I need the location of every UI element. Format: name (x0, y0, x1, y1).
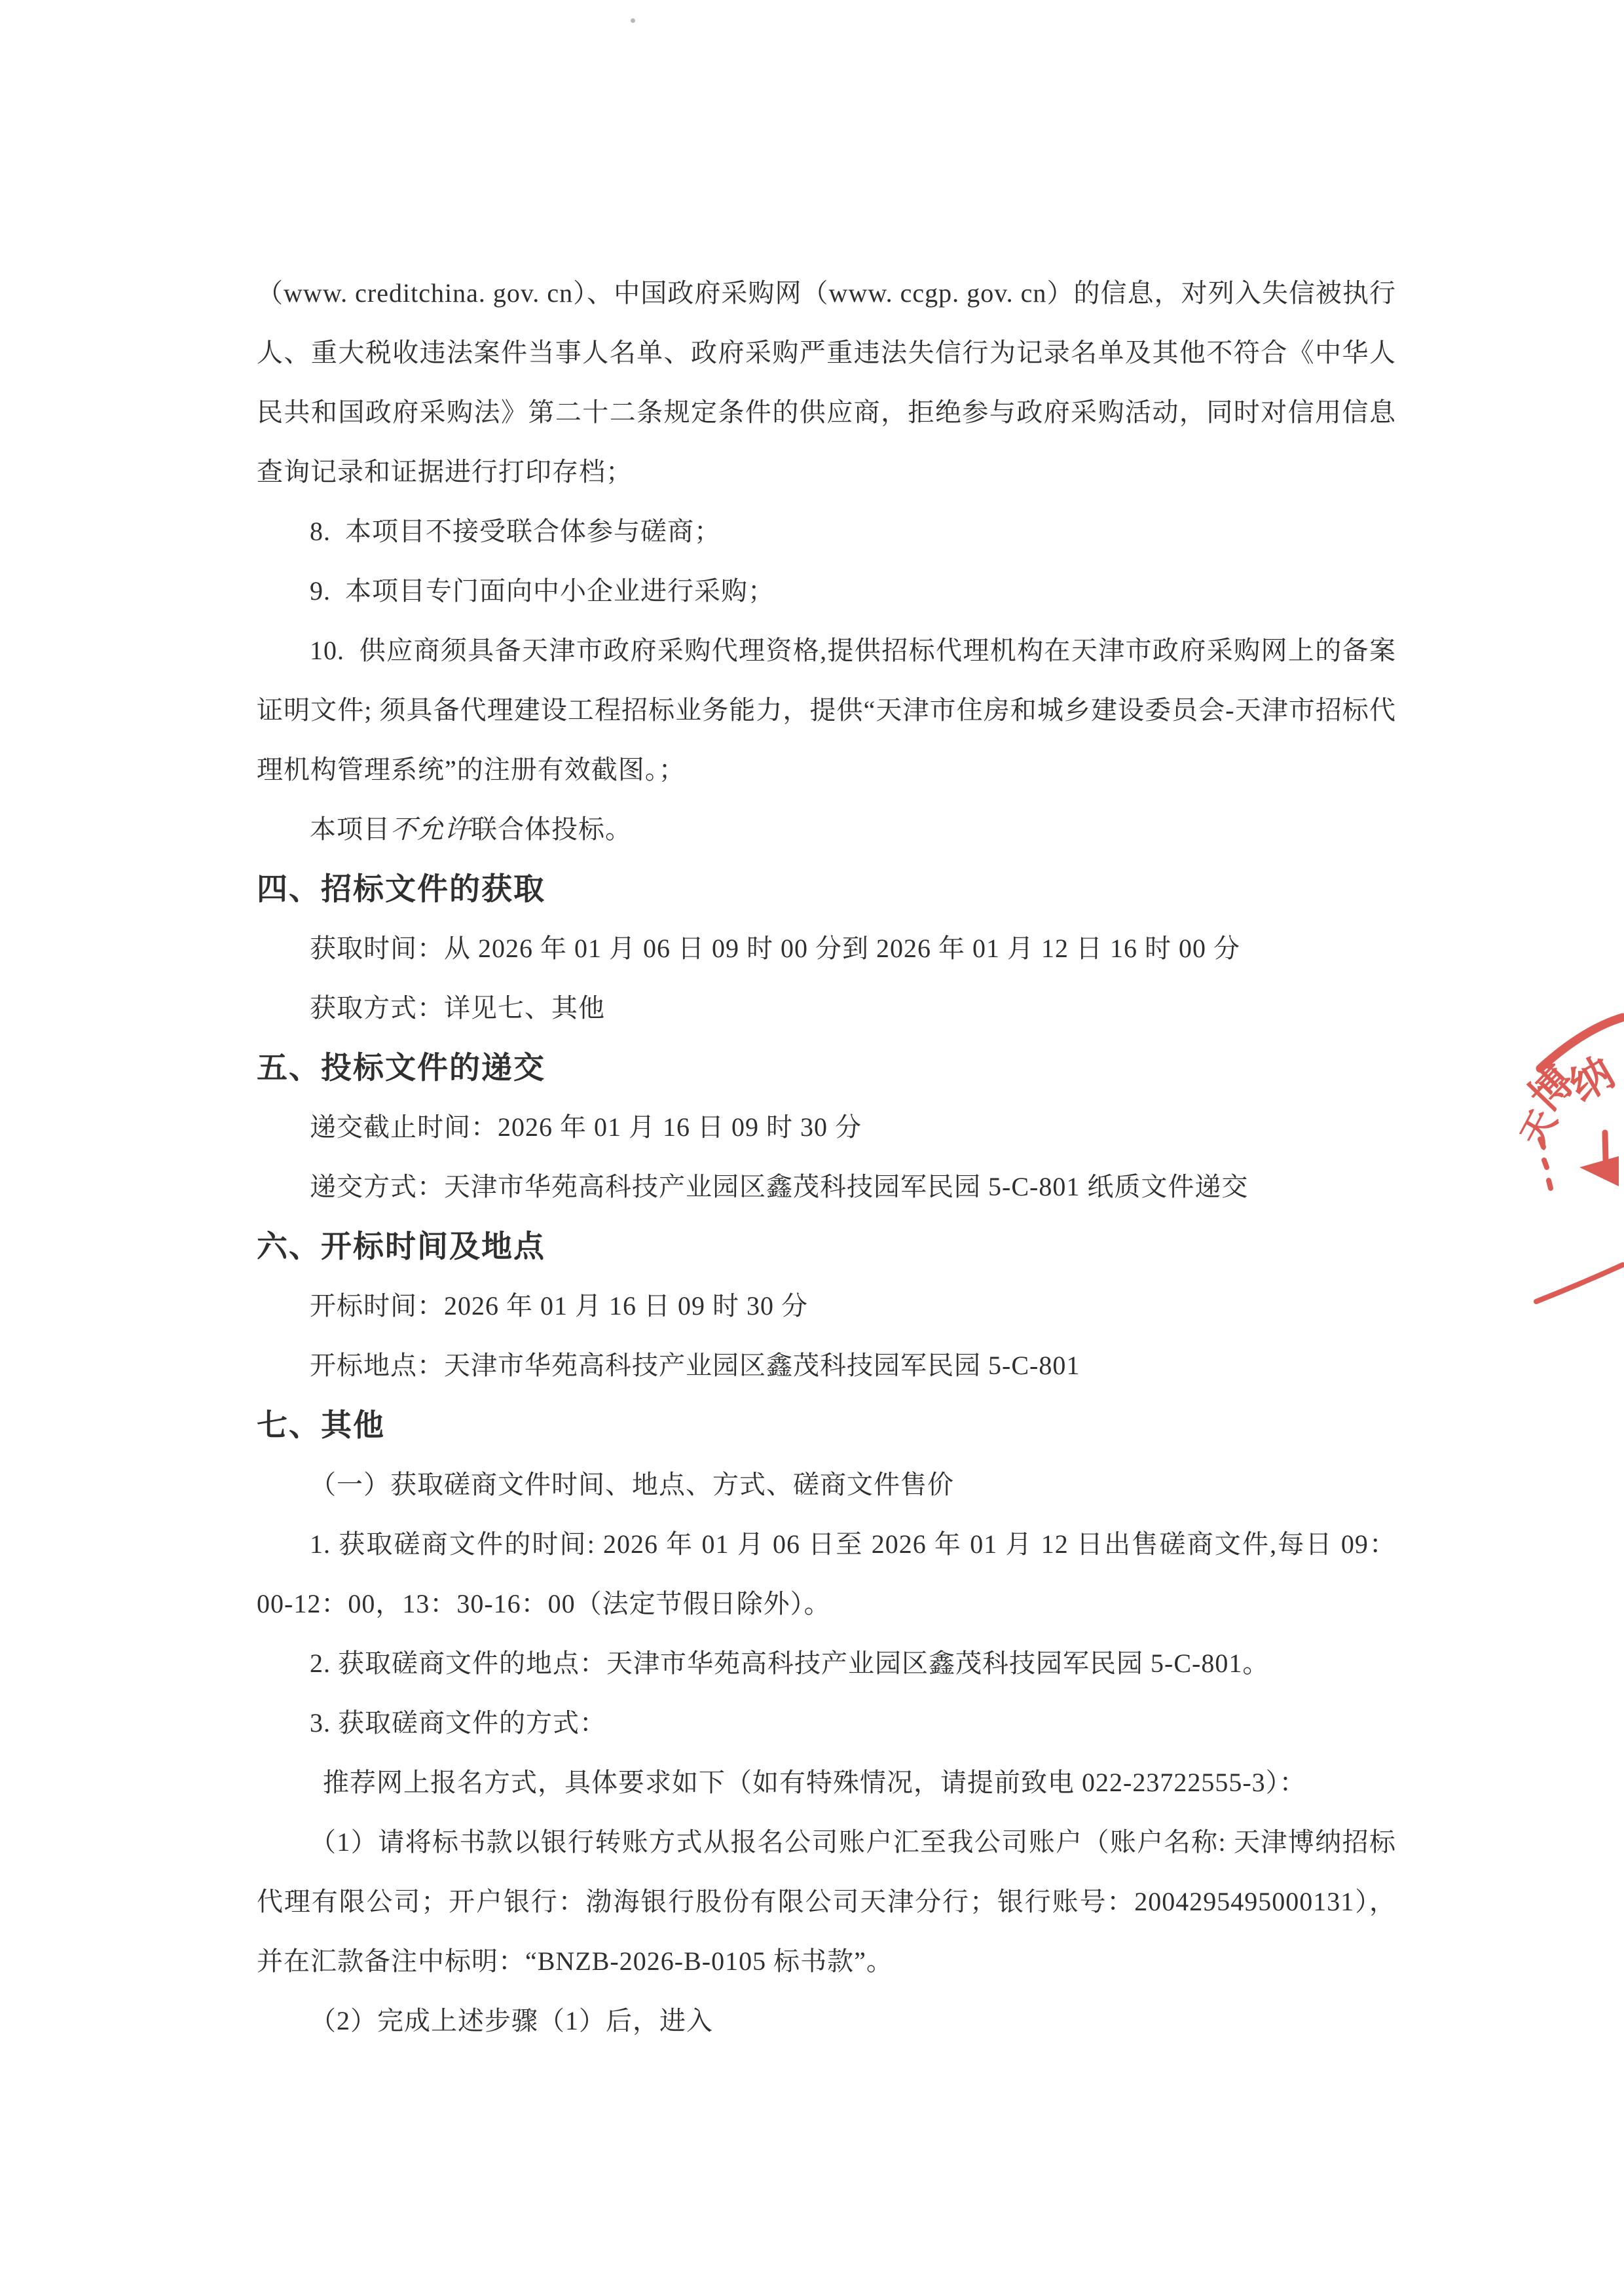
line-step-2: （2）完成上述步骤（1）后，进入 (257, 1991, 1396, 2050)
seal-bottom-arc (1536, 1265, 1623, 1302)
section-heading-5-bid-submission: 五、投标文件的递交 (257, 1038, 1396, 1097)
section-heading-4-obtain-documents: 四、招标文件的获取 (257, 859, 1396, 919)
line-doc-sale-place: 2. 获取磋商文件的地点：天津市华苑高科技产业园区鑫茂科技园军民园 5-C-80… (257, 1633, 1396, 1693)
company-seal-stamp: 纳 博 天 (1506, 1008, 1624, 1322)
line-submission-deadline: 递交截止时间：2026 年 01 月 16 日 09 时 30 分 (257, 1097, 1396, 1157)
no-consortium-pre: 本项目 (310, 814, 390, 844)
no-consortium-post: 联合体投标。 (471, 814, 632, 844)
line-subsection-1-title: （一）获取磋商文件时间、地点、方式、磋商文件售价 (257, 1455, 1396, 1514)
seal-glyphs: 纳 博 天 (1513, 1049, 1622, 1186)
line-submission-method: 递交方式：天津市华苑高科技产业园区鑫茂科技园军民园 5-C-801 纸质文件递交 (257, 1157, 1396, 1216)
list-item-8: 8. 本项目不接受联合体参与磋商； (257, 501, 1396, 561)
line-doc-sale-time: 1. 获取磋商文件的时间: 2026 年 01 月 06 日至 2026 年 0… (257, 1514, 1396, 1633)
line-opening-time: 开标时间：2026 年 01 月 16 日 09 时 30 分 (257, 1276, 1396, 1336)
paragraph-credit-check-continuation: （www. creditchina. gov. cn）、中国政府采购网（www.… (257, 263, 1396, 501)
line-opening-place: 开标地点：天津市华苑高科技产业园区鑫茂科技园军民园 5-C-801 (257, 1336, 1396, 1395)
line-online-registration-note: 推荐网上报名方式，具体要求如下（如有特殊情况，请提前致电 022-2372255… (257, 1753, 1396, 1812)
list-item-10: 10. 供应商须具备天津市政府采购代理资格,提供招标代理机构在天津市政府采购网上… (257, 621, 1396, 799)
line-obtain-time: 获取时间：从 2026 年 01 月 06 日 09 时 00 分到 2026 … (257, 919, 1396, 978)
line-doc-sale-method: 3. 获取磋商文件的方式： (257, 1693, 1396, 1753)
line-step-1-payment: （1）请将标书款以银行转账方式从报名公司账户汇至我公司账户（账户名称: 天津博纳… (257, 1812, 1396, 1991)
paragraph-no-consortium-bidding: 本项目不允许联合体投标。 (257, 799, 1396, 859)
seal-star-point-icon (1579, 1156, 1619, 1186)
seal-dot-1 (1540, 1139, 1543, 1147)
seal-dot-2 (1544, 1160, 1547, 1167)
section-heading-7-other: 七、其他 (257, 1395, 1396, 1455)
line-obtain-method: 获取方式：详见七、其他 (257, 978, 1396, 1038)
list-item-9: 9. 本项目专门面向中小企业进行采购； (257, 561, 1396, 621)
document-page: （www. creditchina. gov. cn）、中国政府采购网（www.… (0, 0, 1624, 2296)
section-heading-6-bid-opening: 六、开标时间及地点 (257, 1216, 1396, 1276)
seal-star-edge (1605, 1133, 1606, 1160)
seal-dot-3 (1549, 1180, 1551, 1188)
no-consortium-emphasis: 不允许 (390, 814, 471, 844)
scan-artifact-dot (631, 18, 635, 23)
document-body: （www. creditchina. gov. cn）、中国政府采购网（www.… (257, 263, 1396, 2050)
